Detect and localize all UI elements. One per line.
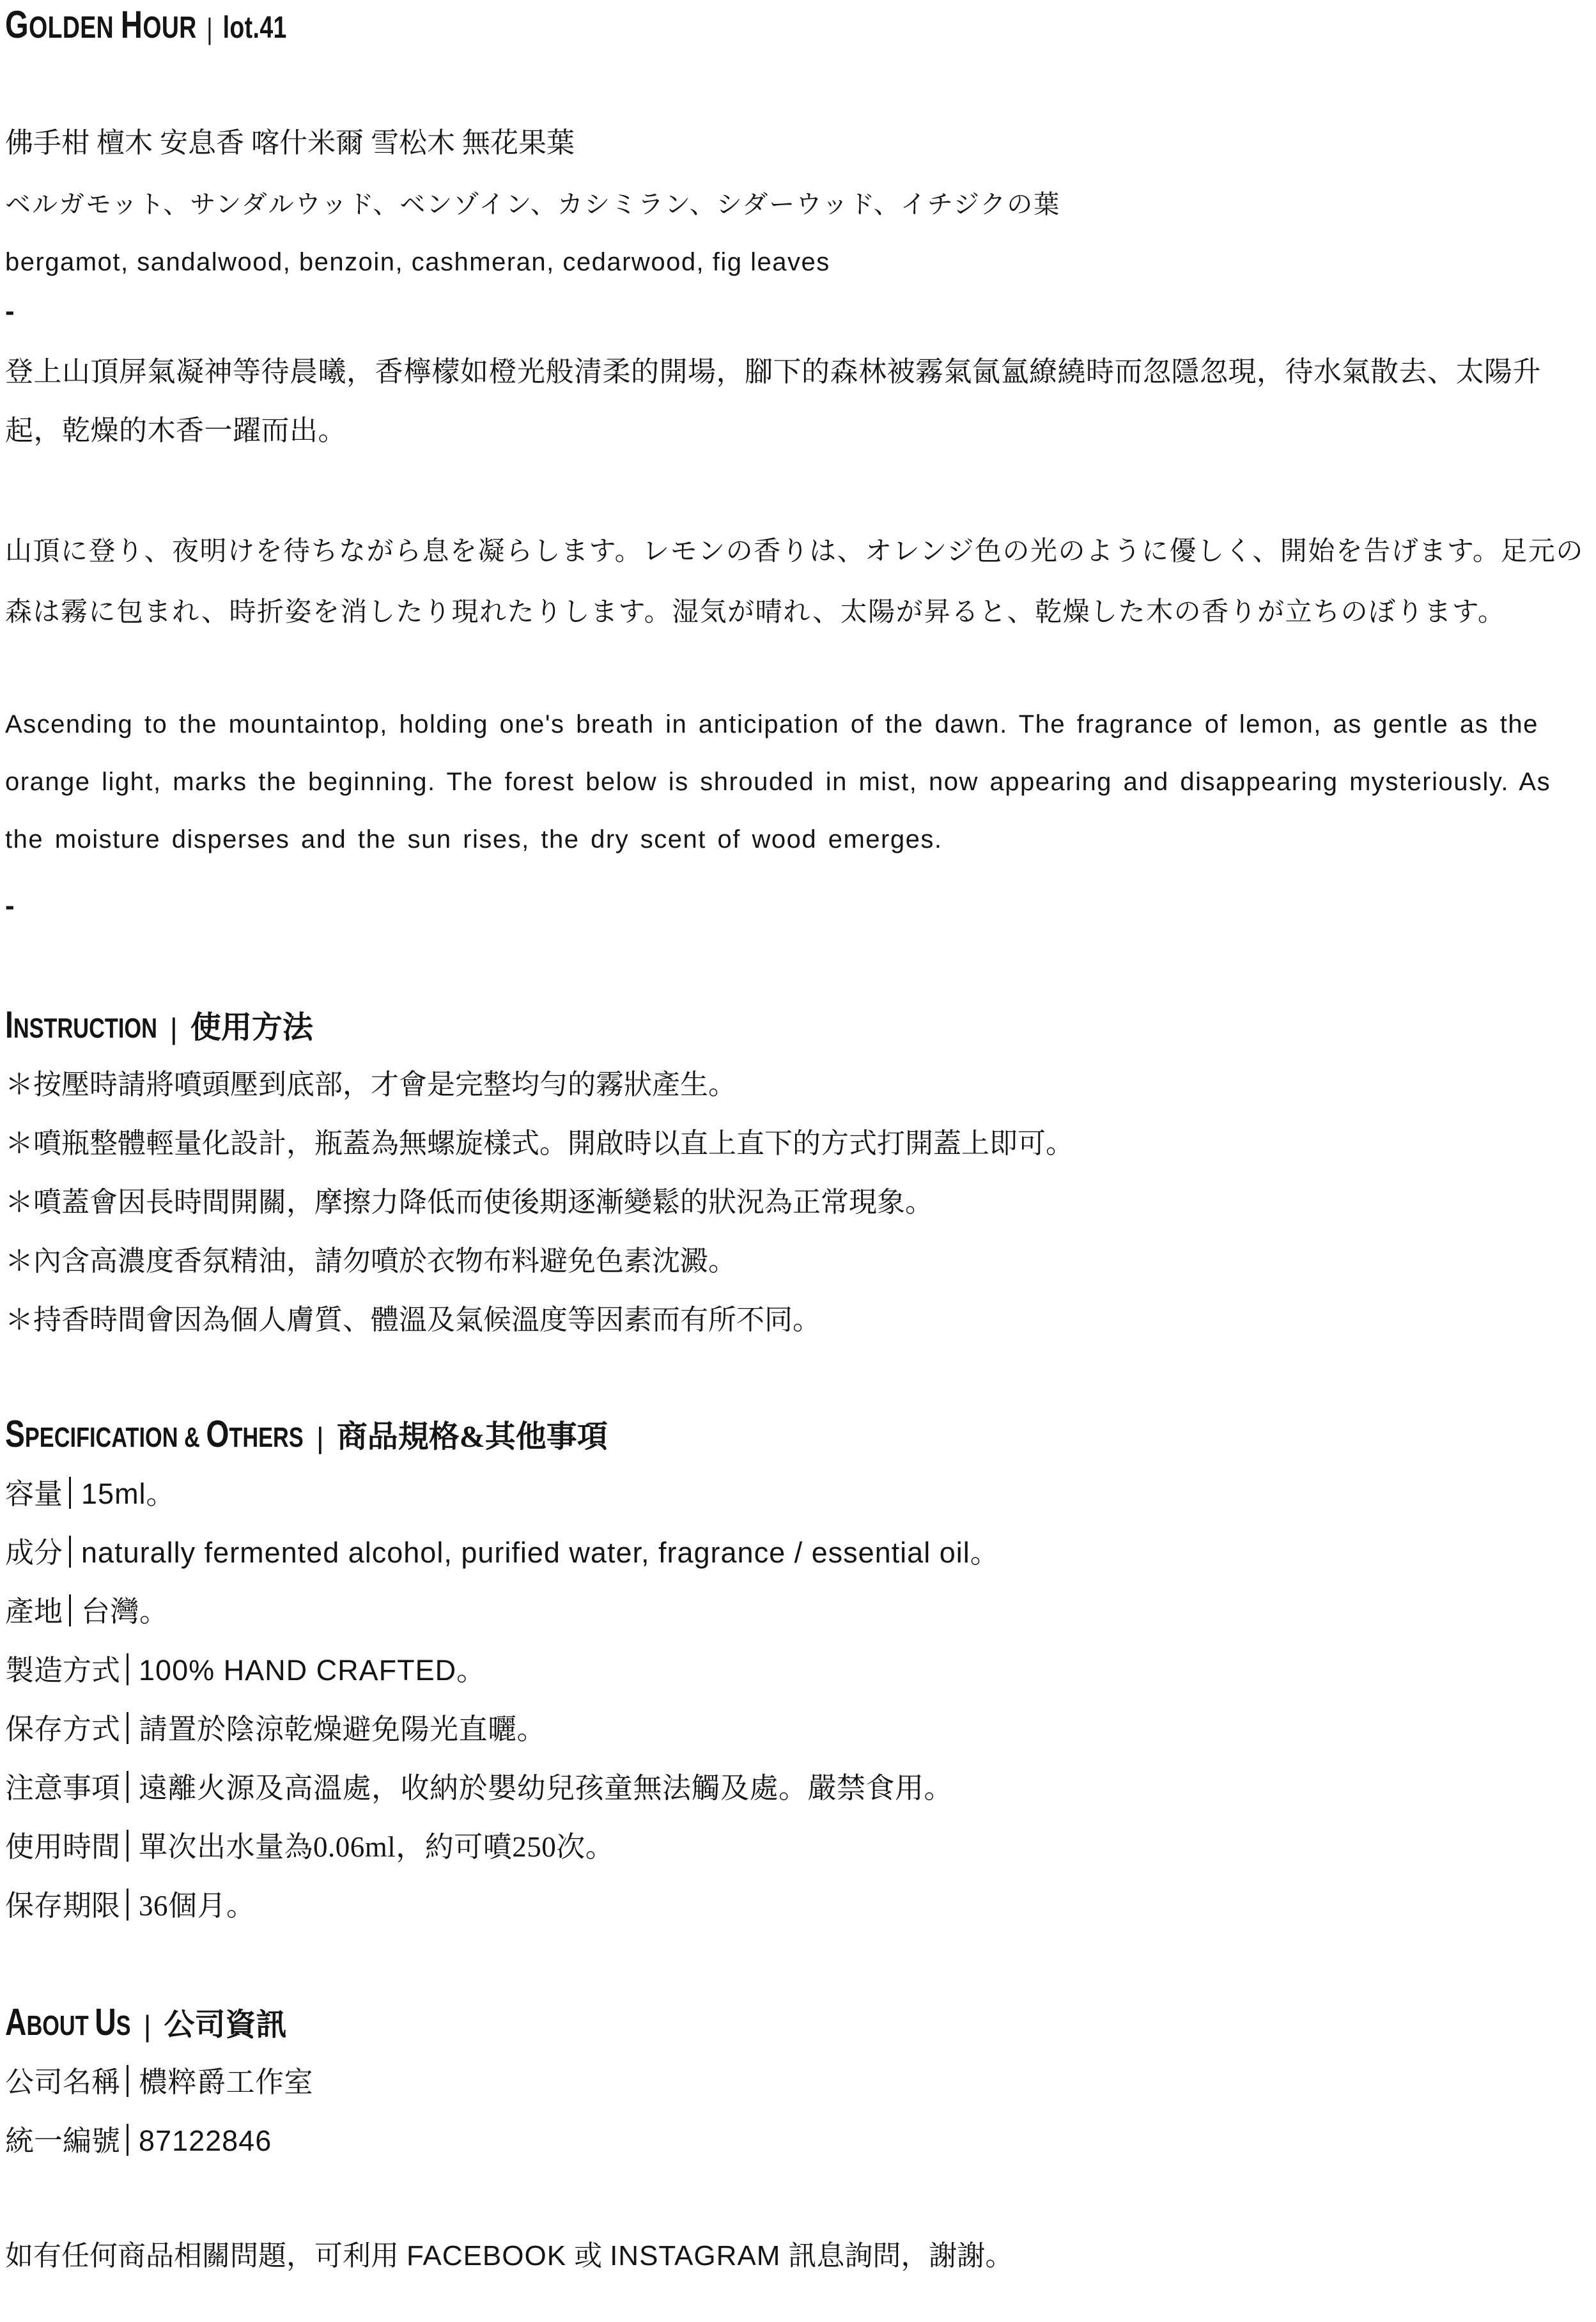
description-zh: 登上山頂屏氣凝神等待晨曦，香檸檬如橙光般清柔的開場，腳下的森林被霧氣氤氳繚繞時而… — [5, 343, 1591, 460]
spec-row-ingredients: 成分naturally fermented alcohol, purified … — [5, 1523, 1591, 1582]
contact-note-post: 訊息詢問，謝謝。 — [788, 2240, 1013, 2271]
about-heading-latin: ABOUT US — [5, 2003, 131, 2042]
description-ja: 山頂に登り、夜明けを待ちながら息を凝らします。レモンの香りは、オレンジ色の光のよ… — [5, 522, 1591, 643]
divider — [69, 1477, 71, 1509]
divider — [127, 1653, 128, 1685]
product-description-page: GOLDEN HOUR|lot.41 佛手柑 檀木 安息香 喀什米爾 雪松木 無… — [0, 0, 1596, 2322]
specification-heading-separator: | — [316, 1421, 324, 1455]
instagram-mention: INSTAGRAM — [610, 2240, 780, 2271]
instruction-item: ＊持香時間會因為個人膚質、體溫及氣候溫度等因素而有所不同。 — [5, 1291, 1591, 1350]
page-title: GOLDEN HOUR|lot.41 — [5, 5, 1514, 46]
divider — [69, 1536, 71, 1568]
contact-note-conj: 或 — [574, 2240, 602, 2271]
divider — [127, 2065, 128, 2097]
divider — [127, 2124, 128, 2156]
instruction-heading-latin: INSTRUCTION — [5, 1006, 157, 1045]
spec-row-shelf-life: 保存期限36個月。 — [5, 1876, 1591, 1935]
about-heading: ABOUT US|公司資訊 — [5, 2000, 1591, 2044]
page-title-latin: GOLDEN HOUR — [5, 11, 197, 45]
facebook-mention: FACEBOOK — [407, 2240, 566, 2271]
about-heading-cjk: 公司資訊 — [164, 2008, 287, 2042]
about-heading-separator: | — [144, 2009, 151, 2043]
divider — [69, 1594, 71, 1626]
instruction-list: ＊按壓時請將噴頭壓到底部，才會是完整均勻的霧狀產生。 ＊噴瓶整體輕量化設計，瓶蓋… — [5, 1056, 1591, 1350]
spec-row-volume: 容量15ml。 — [5, 1465, 1591, 1523]
divider-dash-2: - — [5, 890, 1591, 922]
divider — [127, 1771, 128, 1803]
instruction-item: ＊噴瓶整體輕量化設計，瓶蓋為無螺旋樣式。開啟時以直上直下的方式打開蓋上即可。 — [5, 1114, 1591, 1173]
description-en: Ascending to the mountaintop, holding on… — [5, 696, 1591, 868]
contact-note: 如有任何商品相關問題，可利用FACEBOOK或INSTAGRAM訊息詢問，謝謝。 — [5, 2238, 1591, 2274]
spec-row-usage: 使用時間單次出水量為0.06ml，約可噴250次。 — [5, 1818, 1591, 1876]
instruction-item: ＊噴蓋會因長時間開關，摩擦力降低而使後期逐漸變鬆的狀況為正常現象。 — [5, 1173, 1591, 1232]
title-separator: | — [206, 12, 213, 46]
spec-row-caution: 注意事項遠離火源及高溫處，收納於嬰幼兒孩童無法觸及處。嚴禁食用。 — [5, 1759, 1591, 1818]
page-title-lot-number: lot.41 — [223, 11, 287, 45]
divider — [127, 1889, 128, 1921]
scent-notes-ja: ベルガモット、サンダルウッド、ベンゾイン、カシミラン、シダーウッド、イチジクの葉 — [5, 189, 1591, 220]
about-row-company-name: 公司名稱檂粹爵工作室 — [5, 2053, 1591, 2112]
scent-notes-en: bergamot, sandalwood, benzoin, cashmeran… — [5, 247, 1591, 277]
spec-row-production: 製造方式100% HAND CRAFTED。 — [5, 1641, 1591, 1700]
divider — [127, 1830, 128, 1862]
instruction-heading-separator: | — [170, 1011, 178, 1046]
scent-notes-zh: 佛手柑 檀木 安息香 喀什米爾 雪松木 無花果葉 — [5, 127, 1591, 160]
contact-note-pre: 如有任何商品相關問題，可利用 — [5, 2240, 399, 2271]
specification-heading-latin: SPECIFICATION & OTHERS — [5, 1415, 304, 1454]
spec-row-storage: 保存方式請置於陰涼乾燥避免陽光直曬。 — [5, 1700, 1591, 1759]
about-list: 公司名稱檂粹爵工作室 統一編號87122846 — [5, 2053, 1591, 2170]
divider — [127, 1712, 128, 1744]
specification-heading: SPECIFICATION & OTHERS|商品規格&其他事項 — [5, 1412, 1591, 1456]
spec-row-origin: 產地台灣。 — [5, 1582, 1591, 1641]
instruction-item: ＊按壓時請將噴頭壓到底部，才會是完整均勻的霧狀產生。 — [5, 1056, 1591, 1114]
specification-list: 容量15ml。 成分naturally fermented alcohol, p… — [5, 1465, 1591, 1935]
specification-heading-cjk: 商品規格&其他事項 — [337, 1420, 608, 1454]
instruction-heading-cjk: 使用方法 — [190, 1011, 313, 1045]
about-row-tax-id: 統一編號87122846 — [5, 2112, 1591, 2170]
divider-dash-1: - — [5, 295, 1591, 327]
instruction-heading: INSTRUCTION|使用方法 — [5, 1002, 1591, 1047]
instruction-item: ＊內含高濃度香氛精油，請勿噴於衣物布料避免色素沈澱。 — [5, 1232, 1591, 1291]
